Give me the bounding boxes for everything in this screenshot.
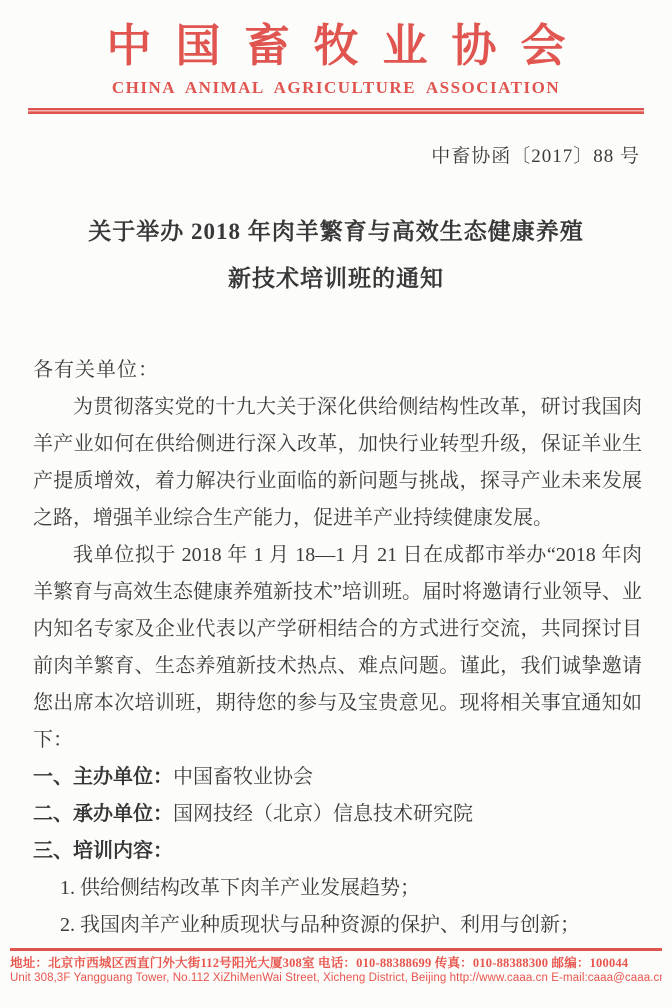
org-name-english: CHINA ANIMAL AGRICULTURE ASSOCIATION [0, 77, 672, 99]
section-undertaker-label: 二、承办单位： [33, 803, 173, 825]
training-item-1: 1. 供给侧结构改革下肉羊产业发展趋势； [33, 870, 642, 907]
section-organizer: 一、主办单位：中国畜牧业协会 [33, 759, 642, 796]
section-training-content: 三、培训内容： [33, 833, 642, 870]
title-line-2: 新技术培训班的通知 [0, 255, 672, 302]
section-training-content-label: 三、培训内容： [33, 840, 173, 862]
document-page: 中国畜牧业协会 CHINA ANIMAL AGRICULTURE ASSOCIA… [0, 0, 672, 1008]
document-number: 中畜协函〔2017〕88 号 [0, 141, 672, 168]
section-organizer-value: 中国畜牧业协会 [173, 766, 313, 788]
paragraph-2: 我单位拟于 2018 年 1 月 18—1 月 21 日在成都市举办“2018 … [33, 537, 642, 759]
letterhead-divider [28, 108, 644, 114]
section-organizer-label: 一、主办单位： [33, 766, 173, 788]
page-footer: 地址：北京市西城区西直门外大街112号阳光大厦308室 电话：010-88388… [10, 948, 662, 986]
section-undertaker: 二、承办单位：国网技经（北京）信息技术研究院 [33, 796, 642, 833]
footer-english-line: Unit 308,3F Yangguang Tower, No.112 XiZh… [10, 971, 662, 986]
title-line-1: 关于举办 2018 年肉羊繁育与高效生态健康养殖 [0, 208, 672, 255]
org-name-chinese: 中国畜牧业协会 [0, 16, 672, 76]
salutation: 各有关单位： [33, 352, 642, 389]
paragraph-1: 为贯彻落实党的十九大关于深化供给侧结构性改革，研讨我国肉羊产业如何在供给侧进行深… [33, 389, 642, 537]
footer-address-line: 地址：北京市西城区西直门外大街112号阳光大厦308室 电话：010-88388… [10, 955, 662, 971]
training-item-2: 2. 我国肉羊产业种质现状与品种资源的保护、利用与创新； [33, 907, 642, 944]
section-undertaker-value: 国网技经（北京）信息技术研究院 [173, 803, 473, 825]
letterhead: 中国畜牧业协会 CHINA ANIMAL AGRICULTURE ASSOCIA… [0, 0, 672, 114]
document-title: 关于举办 2018 年肉羊繁育与高效生态健康养殖 新技术培训班的通知 [0, 208, 672, 302]
document-body: 各有关单位： 为贯彻落实党的十九大关于深化供给侧结构性改革，研讨我国肉羊产业如何… [33, 352, 642, 944]
